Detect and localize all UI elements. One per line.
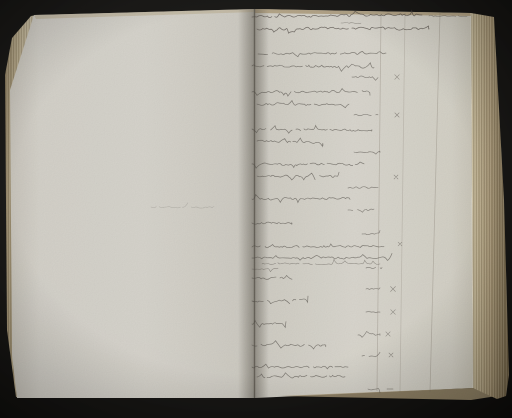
register-photograph <box>0 0 512 418</box>
book-photo <box>0 0 512 418</box>
